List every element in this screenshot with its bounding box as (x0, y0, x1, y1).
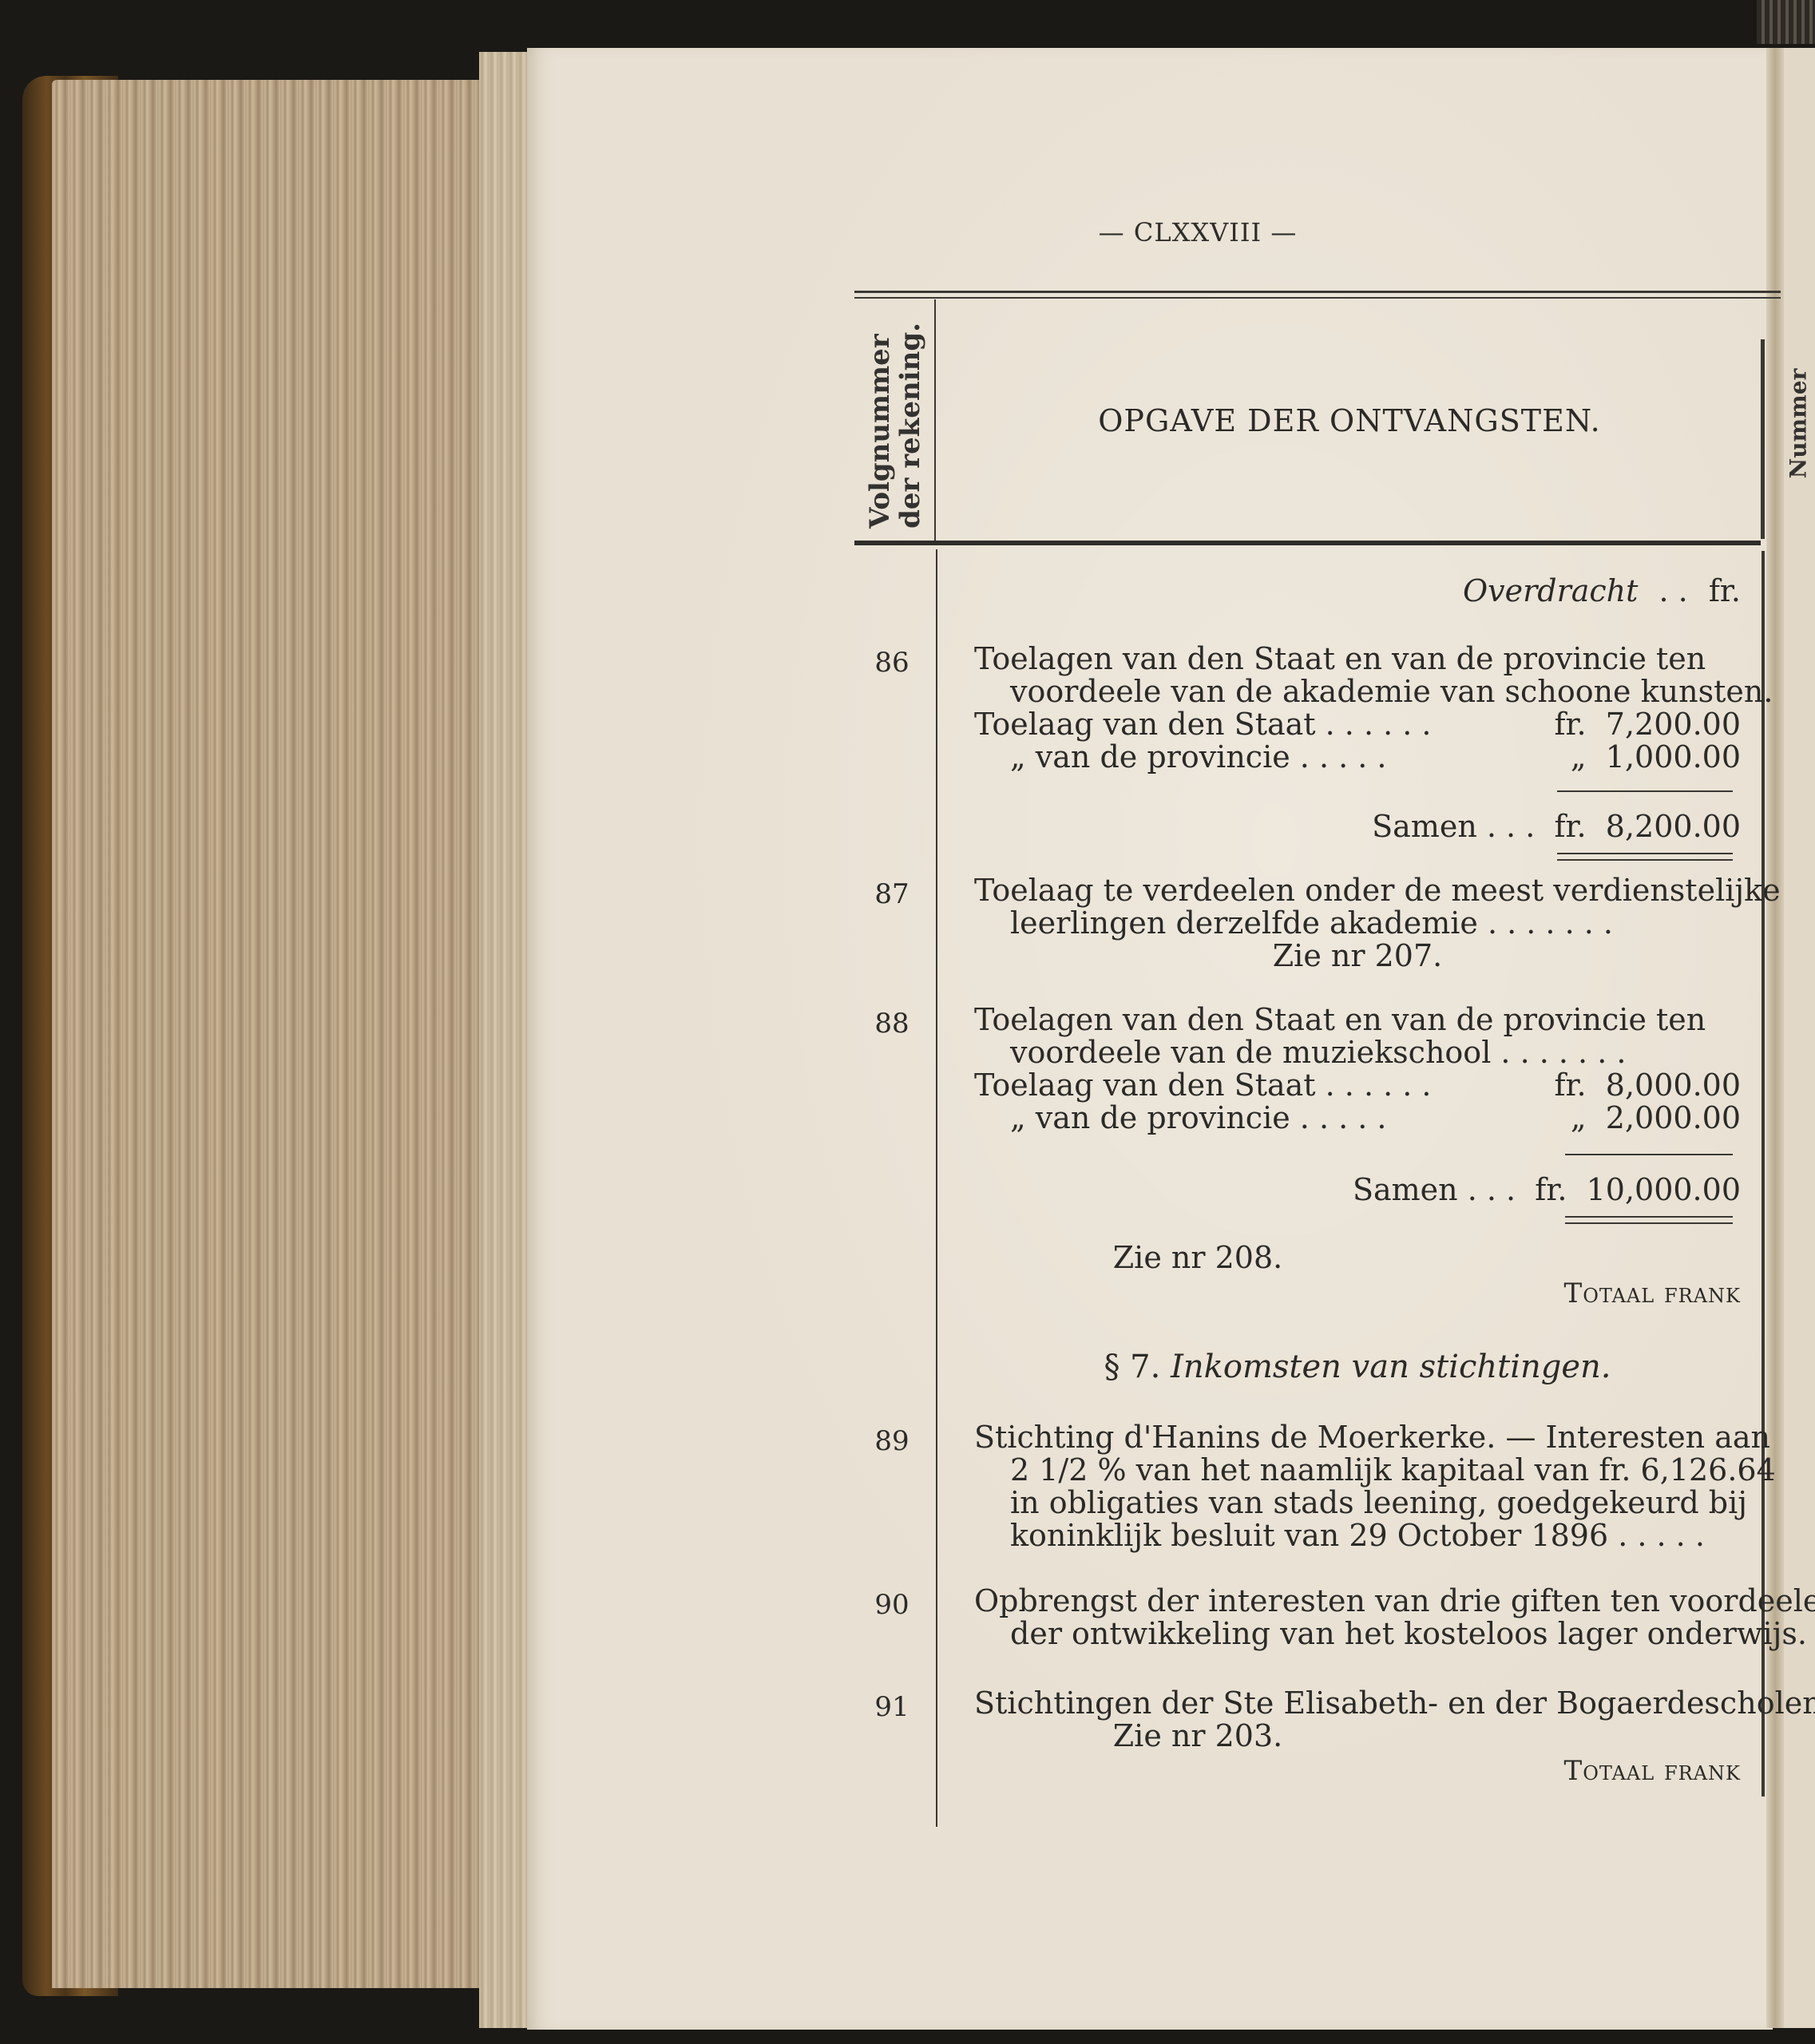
carry-over-label: Overdracht (1463, 573, 1638, 608)
column-header-line2: der rekening. (895, 323, 925, 529)
entry-90: Opbrengst der interesten van drie giften… (974, 1585, 1741, 1650)
subtotal-line: Samen . . . fr. 8,200.00 (974, 810, 1741, 843)
page-stack-edges (52, 80, 499, 1988)
cross-reference: Zie nr 207. (974, 940, 1741, 972)
subtotal-rule (1557, 790, 1733, 792)
entry-number: 89 (856, 1425, 928, 1457)
subtotal-amount: 8,200.00 (1606, 809, 1741, 844)
table-title: OPGAVE DER ONTVANGSTEN. (938, 403, 1761, 438)
facing-page-sliver (1784, 48, 1815, 2028)
section-heading: § 7. Inkomsten van stichtingen. (974, 1351, 1741, 1384)
sub-line: „ van de provincie . . . . . „ 2,000.00 (974, 1102, 1741, 1135)
amount: 8,000.00 (1606, 1068, 1741, 1103)
sub-line: Toelaag van den Staat . . . . . . fr. 8,… (974, 1069, 1741, 1102)
table-top-rule-double (854, 297, 1781, 299)
entry-number: 88 (856, 1008, 928, 1040)
page-stack-inner-edge (479, 52, 527, 2028)
entry-number: 91 (856, 1691, 928, 1723)
column-header-volgnummer: Volgnummer der rekening. (856, 311, 934, 539)
total-double-rule (1557, 853, 1733, 854)
entry-91: Stichtingen der Ste Elisabeth- en der Bo… (974, 1687, 1741, 1753)
book-gutter (1766, 48, 1784, 2028)
right-column-divider (1761, 339, 1765, 539)
column-divider (934, 299, 936, 541)
amount: 2,000.00 (1606, 1100, 1741, 1135)
column-divider-body (936, 549, 937, 1827)
page-number: — CLXXVIII — (918, 217, 1477, 248)
entry-number: 86 (856, 647, 928, 679)
subtotal-line: Samen . . . fr. 10,000.00 (974, 1174, 1741, 1206)
facing-page-header: Nummer (1782, 351, 1814, 495)
section-total-label: Totaal frank (974, 1755, 1741, 1788)
amount: 7,200.00 (1606, 707, 1741, 742)
entry-number: 90 (856, 1589, 928, 1621)
entry-89: Stichting d'Hanins de Moerkerke. — Inter… (974, 1421, 1741, 1552)
section-total-label: Totaal frank (974, 1277, 1741, 1310)
total-double-rule (1557, 859, 1733, 861)
sub-line: „ van de provincie . . . . . „ 1,000.00 (974, 741, 1741, 774)
total-double-rule (1565, 1216, 1733, 1218)
sub-line: Toelaag van den Staat . . . . . . fr. 7,… (974, 708, 1741, 741)
cross-reference: Zie nr 208. (974, 1242, 1421, 1274)
entry-88: Toelagen van den Staat en van de provinc… (974, 1004, 1741, 1135)
spine-top-strip (1757, 0, 1815, 44)
carry-over-line: Overdracht . . fr. (974, 575, 1741, 608)
header-bottom-rule (854, 541, 1761, 545)
table-top-rule (854, 291, 1781, 293)
carry-over-currency: fr. (1709, 573, 1741, 608)
column-header-line1: Volgnummer (865, 323, 895, 529)
subtotal-rule (1565, 1154, 1733, 1155)
amount: 1,000.00 (1606, 739, 1741, 774)
total-double-rule (1565, 1222, 1733, 1224)
entry-number: 87 (856, 878, 928, 910)
entry-86: Toelagen van den Staat en van de provinc… (974, 643, 1741, 774)
subtotal-amount: 10,000.00 (1587, 1172, 1741, 1207)
cross-reference: Zie nr 203. (974, 1720, 1421, 1753)
entry-87: Toelaag te verdeelen onder de meest verd… (974, 874, 1741, 972)
